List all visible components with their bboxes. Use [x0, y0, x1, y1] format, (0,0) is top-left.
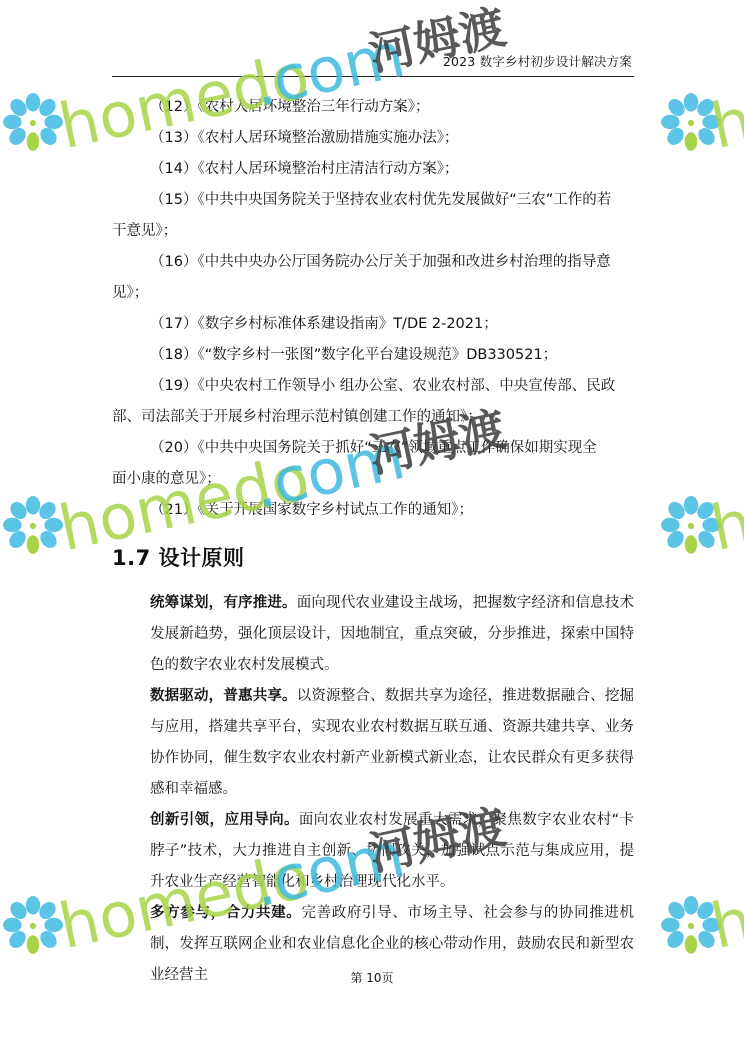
reference-item: （17）《数字乡村标准体系建设指南》T/DE 2-2021； [112, 309, 634, 340]
page-body: （12）《农村人居环境整治三年行动方案》； （13）《农村人居环境整治激励措施实… [112, 92, 634, 991]
reference-item: （13）《农村人居环境整治激励措施实施办法》； [112, 123, 634, 154]
reference-item: （18）《“数字乡村一张图”数字化平台建设规范》DB330521； [112, 340, 634, 371]
reference-item: （15）《中共中央国务院关于坚持农业农村优先发展做好“三农”工作的若 [112, 185, 634, 216]
reference-item-continuation: 面小康的意见》； [112, 464, 634, 495]
reference-item-continuation: 部、司法部关于开展乡村治理示范村镇创建工作的通知》； [112, 402, 634, 433]
principle-paragraph: 统筹谋划，有序推进。面向现代农业建设主战场，把握数字经济和信息技术发展新趋势，强… [112, 588, 634, 681]
flower-logo-icon [2, 495, 64, 557]
principle-title: 数据驱动，普惠共享。 [150, 688, 297, 704]
principle-text: 以资源整合、数据共享为途径，推进数据融合、挖掘与应用，搭建共享平台，实现农业农村… [150, 688, 634, 797]
reference-item: （19）《中央农村工作领导小 组办公室、农业农村部、中央宣传部、民政 [112, 371, 634, 402]
reference-item: （16）《中共中央办公厅国务院办公厅关于加强和改进乡村治理的指导意 [112, 247, 634, 278]
flower-logo-icon [2, 92, 64, 154]
page-number: 第 10页 [0, 969, 744, 986]
principle-title: 统筹谋划，有序推进。 [150, 595, 297, 611]
reference-list: （12）《农村人居环境整治三年行动方案》； （13）《农村人居环境整治激励措施实… [112, 92, 634, 526]
reference-item: （12）《农村人居环境整治三年行动方案》； [112, 92, 634, 123]
principle-title: 多方参与，合力共建。 [150, 905, 301, 921]
reference-item-continuation: 干意见》； [112, 216, 634, 247]
flower-logo-icon [660, 92, 722, 154]
reference-item: （14）《农村人居环境整治村庄清洁行动方案》； [112, 154, 634, 185]
principle-title: 创新引领，应用导向。 [150, 812, 299, 828]
watermark-homedo-text: homedo [705, 39, 744, 163]
running-header-title: 2023 数字乡村初步设计解决方案 [443, 52, 632, 70]
flower-logo-icon [660, 895, 722, 957]
reference-item: （21）《关于开展国家数字乡村试点工作的通知》； [112, 495, 634, 526]
principle-paragraph: 创新引领，应用导向。面向农业农村发展重大需求，聚焦数字农业农村“卡脖子”技术，大… [112, 805, 634, 898]
principle-paragraph: 数据驱动，普惠共享。以资源整合、数据共享为途径，推进数据融合、挖掘与应用，搭建共… [112, 681, 634, 805]
header-divider [112, 76, 634, 77]
watermark-homedo-text: homedo [705, 441, 744, 565]
reference-item-continuation: 见》； [112, 278, 634, 309]
document-page: 2023 数字乡村初步设计解决方案 （12）《农村人居环境整治三年行动方案》； … [0, 0, 744, 1051]
section-heading: 1.7 设计原则 [112, 542, 634, 574]
watermark-homedo-text: homedo [705, 839, 744, 963]
reference-item: （20）《中共中央国务院关于抓好“三农”领域重点工作确保如期实现全 [112, 433, 634, 464]
flower-logo-icon [660, 495, 722, 557]
watermark-cn-text: 河姆渡 [362, 0, 511, 84]
flower-logo-icon [2, 895, 64, 957]
